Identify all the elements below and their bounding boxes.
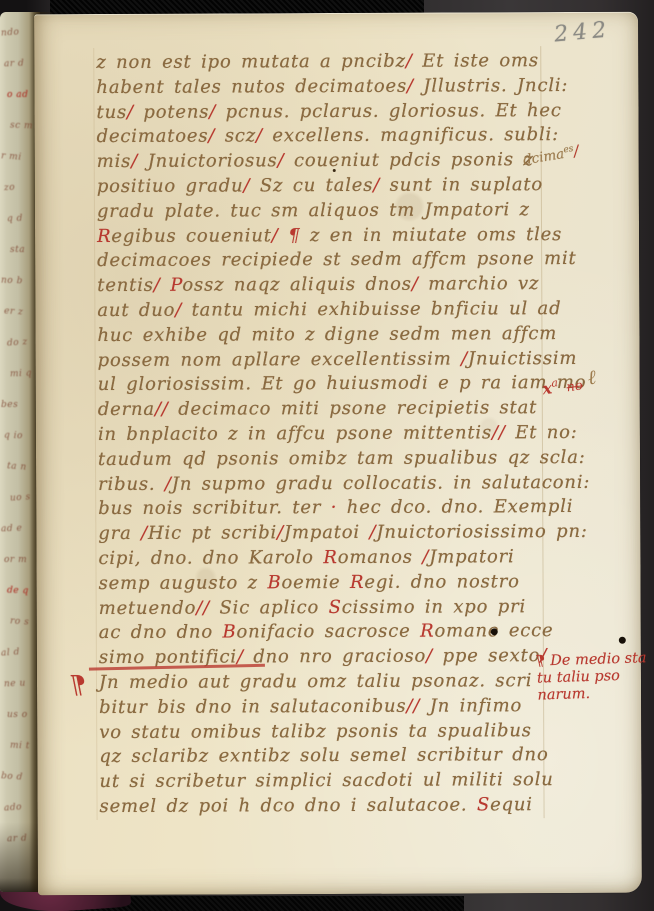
bleed-text-mark: ne u [4,679,26,690]
ink-segment [161,275,171,296]
ink-segment: Jnuictoriosissimo pn: [376,521,587,543]
ink-segment: dno nro gracioso [244,646,426,668]
ink-segment: in bnplacito z in affcu psone mittentis [98,422,492,445]
margin-note-text: dcima [522,146,565,168]
rubric-segment: // [406,695,420,716]
rubric-segment: · [321,497,347,518]
ink-segment: pcnus. pclarus. gloriosus. Et hec [216,100,562,123]
ink-segment: hec dco. dno. Exempli [347,496,574,518]
ink-dot [619,637,626,644]
ink-segment: marchio vz [419,273,540,295]
bleed-text-mark: or m [4,555,27,565]
ink-segment: Jllustris. Jncli: [414,75,569,97]
bleed-text-mark: sc m [10,121,33,132]
manuscript-line: z non est ipo mutata a pncibz/ Et iste o… [96,49,546,76]
ink-segment: Sz cu tales [250,175,373,197]
rubric-segment: P [170,275,182,296]
ink-segment: gra [98,523,141,544]
ink-segment: Jmpatori [429,546,514,567]
nota-superscript: a [551,376,559,390]
ink-segment: bus nois scribitur. ter [98,497,321,519]
ink-segment: ac dno dno [99,622,223,644]
rubric-segment: R [420,621,434,642]
ink-segment: tantu michi exhibuisse bnficiu ul ad [182,298,561,321]
margin-note-line: narum. [537,684,648,704]
bleed-text-mark: no b [1,276,23,287]
photograph-backdrop: { "page": { "folio_number": "242", "colo… [0,0,654,911]
ink-segment: huc exhibe qd mito z digne sedm men affc… [97,323,557,346]
ink-segment: gradu plate. tuc sm aliquos tm Jmpatori … [97,199,530,222]
manuscript-line: ac dno dno Bonifacio sacrosce Romane ecc… [99,619,549,646]
bleed-text-mark: o ad [7,90,28,100]
ink-dot [491,628,498,635]
manuscript-line: mis/ Jnuictoriosus/ coueniut pdcis psoni… [97,148,547,175]
manuscript-line: derna// decimaco miti psone recipietis s… [98,396,548,423]
ink-segment: cipi, dno. dno Karolo [98,547,323,569]
nota-struck-word: no [566,378,584,395]
ink-segment: scz [215,126,256,147]
bleed-text-mark: ado [4,802,23,813]
bleed-text-mark: sta [10,245,25,255]
bleed-text-mark: de q [7,586,29,597]
manuscript-line: semel dz poi h dco dno i salutacoe. Sequ… [99,793,549,820]
ink-segment: equi [490,794,533,815]
bleed-text-mark: mi q [10,369,32,380]
bleed-text-mark: us o [7,710,28,720]
ink-segment: aut duo [97,300,175,321]
ink-segment: taudum qd psonis omibz tam spualibus qz … [98,447,586,470]
margin-note-de-medio: ¶ De medio sta tu taliu pso narum. [536,650,648,704]
rubric-slash-mark: ∕ [572,142,580,161]
bleed-text-mark: ar d [4,59,25,70]
rubric-segment: // [155,399,169,420]
rubric-segment: S [329,597,342,618]
bleed-text-mark: er z [4,306,24,317]
ink-segment: ul gloriosissim. Et go huiusmodi e p ra … [98,372,587,395]
nota-flourish: ℓ [586,365,597,390]
bleed-text-mark: q io [4,431,23,442]
manuscript-line: gradu plate. tuc sm aliquos tm Jmpatori … [97,198,547,225]
ink-segment: vo statu omibus talibz psonis ta spualib… [99,720,532,743]
manuscript-line: Jn medio aut gradu omz taliu psonaz. scr… [99,669,549,696]
ink-segment: tentis [97,275,154,296]
ink-segment: tus [96,102,127,123]
manuscript-line: decimatoes/ scz/ excellens. magnificus. … [97,123,547,150]
ink-segment: potens [134,101,209,122]
ink-segment: onifacio sacrosce [236,621,420,643]
rubric-segment: S [477,794,490,815]
manuscript-line: Regibus coueniut/ ¶ z en in miutate oms … [97,223,547,250]
bleed-text-mark: q d [7,214,23,225]
ink-segment: Hic pt scribi [148,522,277,544]
ink-segment: decimaco miti psone recipietis stat [169,397,538,420]
ink-segment: Et iste oms [413,50,539,72]
manuscript-line: bus nois scribitur. ter · hec dco. dno. … [98,495,548,522]
ink-segment: possem nom apllare excellentissim [98,348,462,371]
rubric-segment: R [97,226,111,247]
ink-segment: bitur bis dno in salutaconibus [99,695,406,717]
rubric-segment: R [350,572,364,593]
manuscript-line: in bnplacito z in affcu psone mittentis/… [98,421,548,448]
ink-segment: Sic aplico [210,597,329,619]
text-block: z non est ipo mutata a pncibz/ Et iste o… [96,49,549,820]
ink-segment: decimatoes [97,126,209,147]
ink-segment: mis [97,151,132,172]
manuscript-line: taudum qd psonis omibz tam spualibus qz … [98,446,548,473]
ink-segment: habent tales nutos decimatoes [96,75,407,97]
ink-segment: sunt in suplato [380,174,543,196]
ink-segment: ossz naqz aliquis dnos [182,274,412,296]
ink-dot [333,169,336,172]
manuscript-line: gra /Hic pt scribi/Jmpatoi /Jnuictoriosi… [98,520,548,547]
rubric-segment: B [267,572,281,593]
ink-segment: z non est ipo mutata a pncibz [96,51,406,73]
manuscript-line: positiuo gradu/ Sz cu tales/ sunt in sup… [97,173,547,200]
ink-segment: z en in miutate oms tles [300,224,562,246]
ink-segment: Jnuictissim [468,348,577,369]
capitulum-icon: ¶ [71,670,87,699]
manuscript-line: aut duo/ tantu michi exhibuisse bnficiu … [97,297,547,324]
manuscript-line: vo statu omibus talibz psonis ta spualib… [99,719,549,746]
bleed-text-mark: bo d [1,771,23,782]
manuscript-line: metuendo// Sic aplico Scissimo in xpo pr… [99,595,549,622]
bleed-text-mark: do z [7,337,28,348]
manuscript-line: cipi, dno. dno Karolo Romanos /Jmpatori [98,545,548,572]
bleed-text-mark: bes [1,400,18,410]
ink-segment [279,225,289,246]
ink-segment: semel dz poi h dco dno i salutacoe. [99,794,476,817]
manuscript-line: huc exhibe qd mito z digne sedm men affc… [97,322,547,349]
ink-segment: positiuo gradu [97,175,244,197]
ink-segment: metuendo [99,597,197,618]
manuscript-page: 242 z non est ipo mutata a pncibz/ Et is… [34,12,642,896]
rubric-segment: ¶ [288,225,300,246]
ink-segment: coueniut pdcis psonis z [284,149,533,171]
ink-segment: decimacoes recipiede st sedm affcm psone… [97,248,577,271]
manuscript-line: ul gloriosissim. Et go huiusmodi e p ra … [98,371,548,398]
ink-segment: cissimo in xpo pri [342,596,526,618]
ink-segment: qz sclaribz exntibz solu semel scribitur… [99,744,548,767]
rubric-segment: R [323,547,337,568]
ink-segment: Et no: [506,422,578,443]
manuscript-line: semp augusto z Boemie Regi. dno nostro [99,570,549,597]
ink-segment: oemie [281,572,350,593]
bleed-text-mark: ro s [10,616,30,627]
ink-segment: derna [98,399,155,420]
manuscript-line: habent tales nutos decimatoes/ Jllustris… [96,74,546,101]
margin-note-line: ¶ De medio sta [536,650,647,670]
manuscript-line: tentis/ Possz naqz aliquis dnos/ marchio… [97,272,547,299]
ink-segment: ut si scribetur simplici sacdoti ul mili… [99,769,553,792]
rubric-segment: // [492,422,506,443]
ink-segment: Jnuictoriosus [138,150,278,172]
manuscript-line: possem nom apllare excellentissim /Jnuic… [98,347,548,374]
bleed-text-mark: r mi [1,151,22,162]
bleed-text-mark: mi t [10,741,30,752]
ink-segment: egi. dno nostro [364,571,519,593]
bleed-text-mark: ad e [1,524,23,535]
bleed-text-mark: zo [4,183,16,194]
capitulum-icon: ¶ [536,653,546,670]
rubric-segment: // [196,597,210,618]
bleed-text-mark: ar d [7,834,28,845]
ink-segment: ribus. [98,473,165,494]
ink-segment: egibus coueniut [111,225,271,247]
ink-segment: ppe sexto [433,645,540,666]
margin-note-nota: xanoℓ [540,365,598,399]
ink-segment: semp augusto z [99,572,268,594]
folio-number: 242 [553,17,612,47]
ink-segment: Jn infimo [420,695,522,716]
bleed-text-mark: al d [1,647,21,658]
ink-segment: Jn medio aut gradu omz taliu psonaz. scr… [99,670,532,693]
margin-note-line-text: De medio sta [550,650,647,669]
bleed-text-mark: ta n [7,461,27,472]
ink-segment: excellens. magnificus. subli: [263,124,559,146]
manuscript-line: tus/ potens/ pcnus. pclarus. gloriosus. … [96,99,546,126]
bleed-text-mark: ndo [1,27,20,38]
bleed-text-mark: uo s [10,492,31,503]
manuscript-line: bitur bis dno in salutaconibus// Jn infi… [99,694,549,721]
ink-segment: Jmpatoi [284,522,370,543]
manuscript-line: qz sclaribz exntibz solu semel scribitur… [99,743,549,770]
manuscript-line: ut si scribetur simplici sacdoti ul mili… [99,768,549,795]
ink-segment: omanos [338,547,423,568]
ink-segment: Jn supmo gradu collocatis. in salutaconi… [172,471,591,494]
rubric-segment: B [222,622,236,643]
manuscript-line: decimacoes recipiede st sedm affcm psone… [97,247,547,274]
manuscript-line: ribus. /Jn supmo gradu collocatis. in sa… [98,471,548,498]
rubric-segment: / [272,225,279,246]
